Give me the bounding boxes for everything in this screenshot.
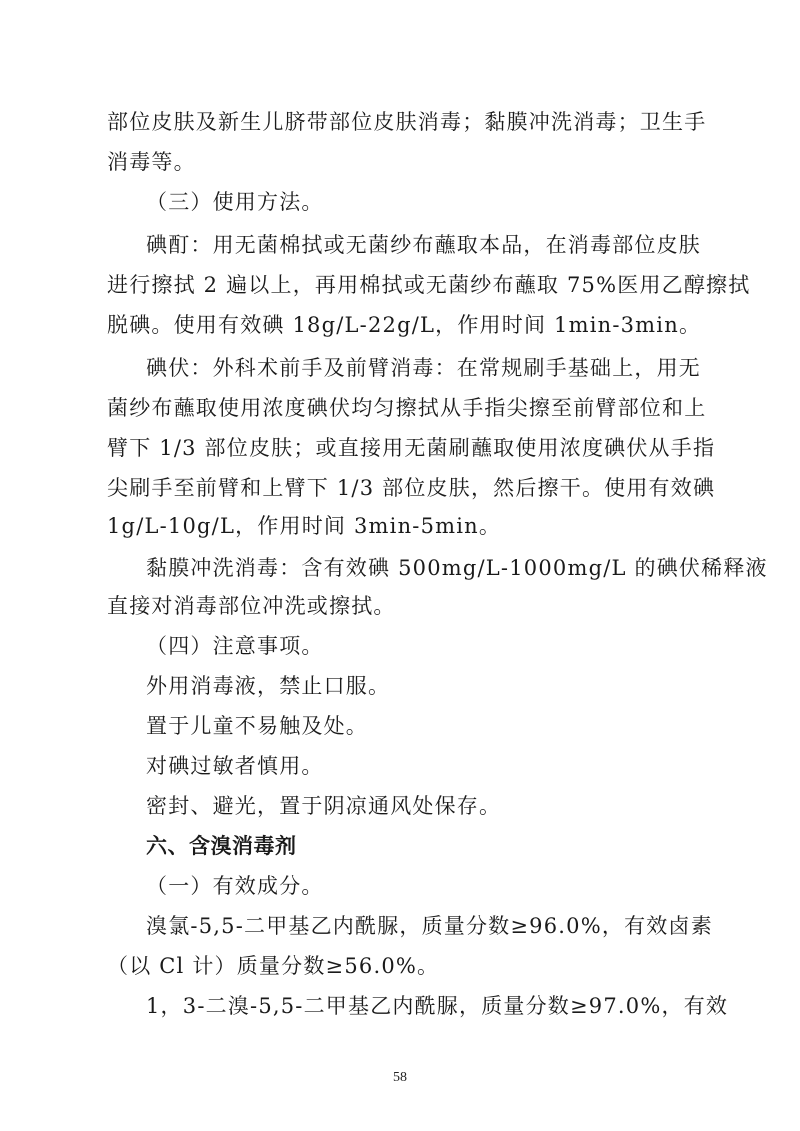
text-line-4: 碘酊：用无菌棉拭或无菌纱布蘸取本品，在消毒部位皮肤 [146, 231, 691, 259]
page-number: 58 [0, 1070, 800, 1086]
text-line-8: 菌纱布蘸取使用浓度碘伏均匀擦拭从手指尖擦至前臂部位和上 [107, 394, 687, 422]
text-line-5: 进行擦拭 2 遍以上，再用棉拭或无菌纱布蘸取 75%医用乙醇擦拭 [107, 271, 687, 299]
text-line-18: 密封、避光，置于阴凉通风处保存。 [146, 792, 691, 820]
text-line-21: 溴氯-5,5-二甲基乙内酰脲，质量分数≥96.0%，有效卤素 [146, 912, 691, 940]
text-line-22: （以 Cl 计）质量分数≥56.0%。 [107, 952, 687, 980]
text-line-10: 尖刷手至前臂和上臂下 1/3 部位皮肤，然后擦干。使用有效碘 [107, 474, 687, 502]
text-line-2: 消毒等。 [107, 148, 687, 176]
subheading-active-ingredients: （一）有效成分。 [146, 872, 691, 900]
text-line-12: 黏膜冲洗消毒：含有效碘 500mg/L-1000mg/L 的碘伏稀释液 [146, 554, 691, 582]
text-line-15: 外用消毒液，禁止口服。 [146, 672, 691, 700]
subheading-usage-method: （三）使用方法。 [146, 188, 691, 216]
text-line-9: 臂下 1/3 部位皮肤；或直接用无菌刷蘸取使用浓度碘伏从手指 [107, 434, 687, 462]
text-line-16: 置于儿童不易触及处。 [146, 712, 691, 740]
text-line-7: 碘伏：外科术前手及前臂消毒：在常规刷手基础上，用无 [146, 354, 691, 382]
section-heading-bromine-disinfectant: 六、含溴消毒剂 [146, 832, 691, 860]
text-line-6: 脱碘。使用有效碘 18g/L-22g/L，作用时间 1min-3min。 [107, 311, 687, 339]
text-line-23: 1，3-二溴-5,5-二甲基乙内酰脲，质量分数≥97.0%，有效 [146, 992, 691, 1020]
text-line-1: 部位皮肤及新生儿脐带部位皮肤消毒；黏膜冲洗消毒；卫生手 [107, 108, 687, 136]
text-line-11: 1g/L-10g/L，作用时间 3min-5min。 [107, 512, 687, 540]
subheading-precautions: （四）注意事项。 [146, 632, 691, 660]
text-line-17: 对碘过敏者慎用。 [146, 752, 691, 780]
document-page: 部位皮肤及新生儿脐带部位皮肤消毒；黏膜冲洗消毒；卫生手 消毒等。 （三）使用方法… [0, 0, 800, 1131]
text-line-13: 直接对消毒部位冲洗或擦拭。 [107, 592, 687, 620]
